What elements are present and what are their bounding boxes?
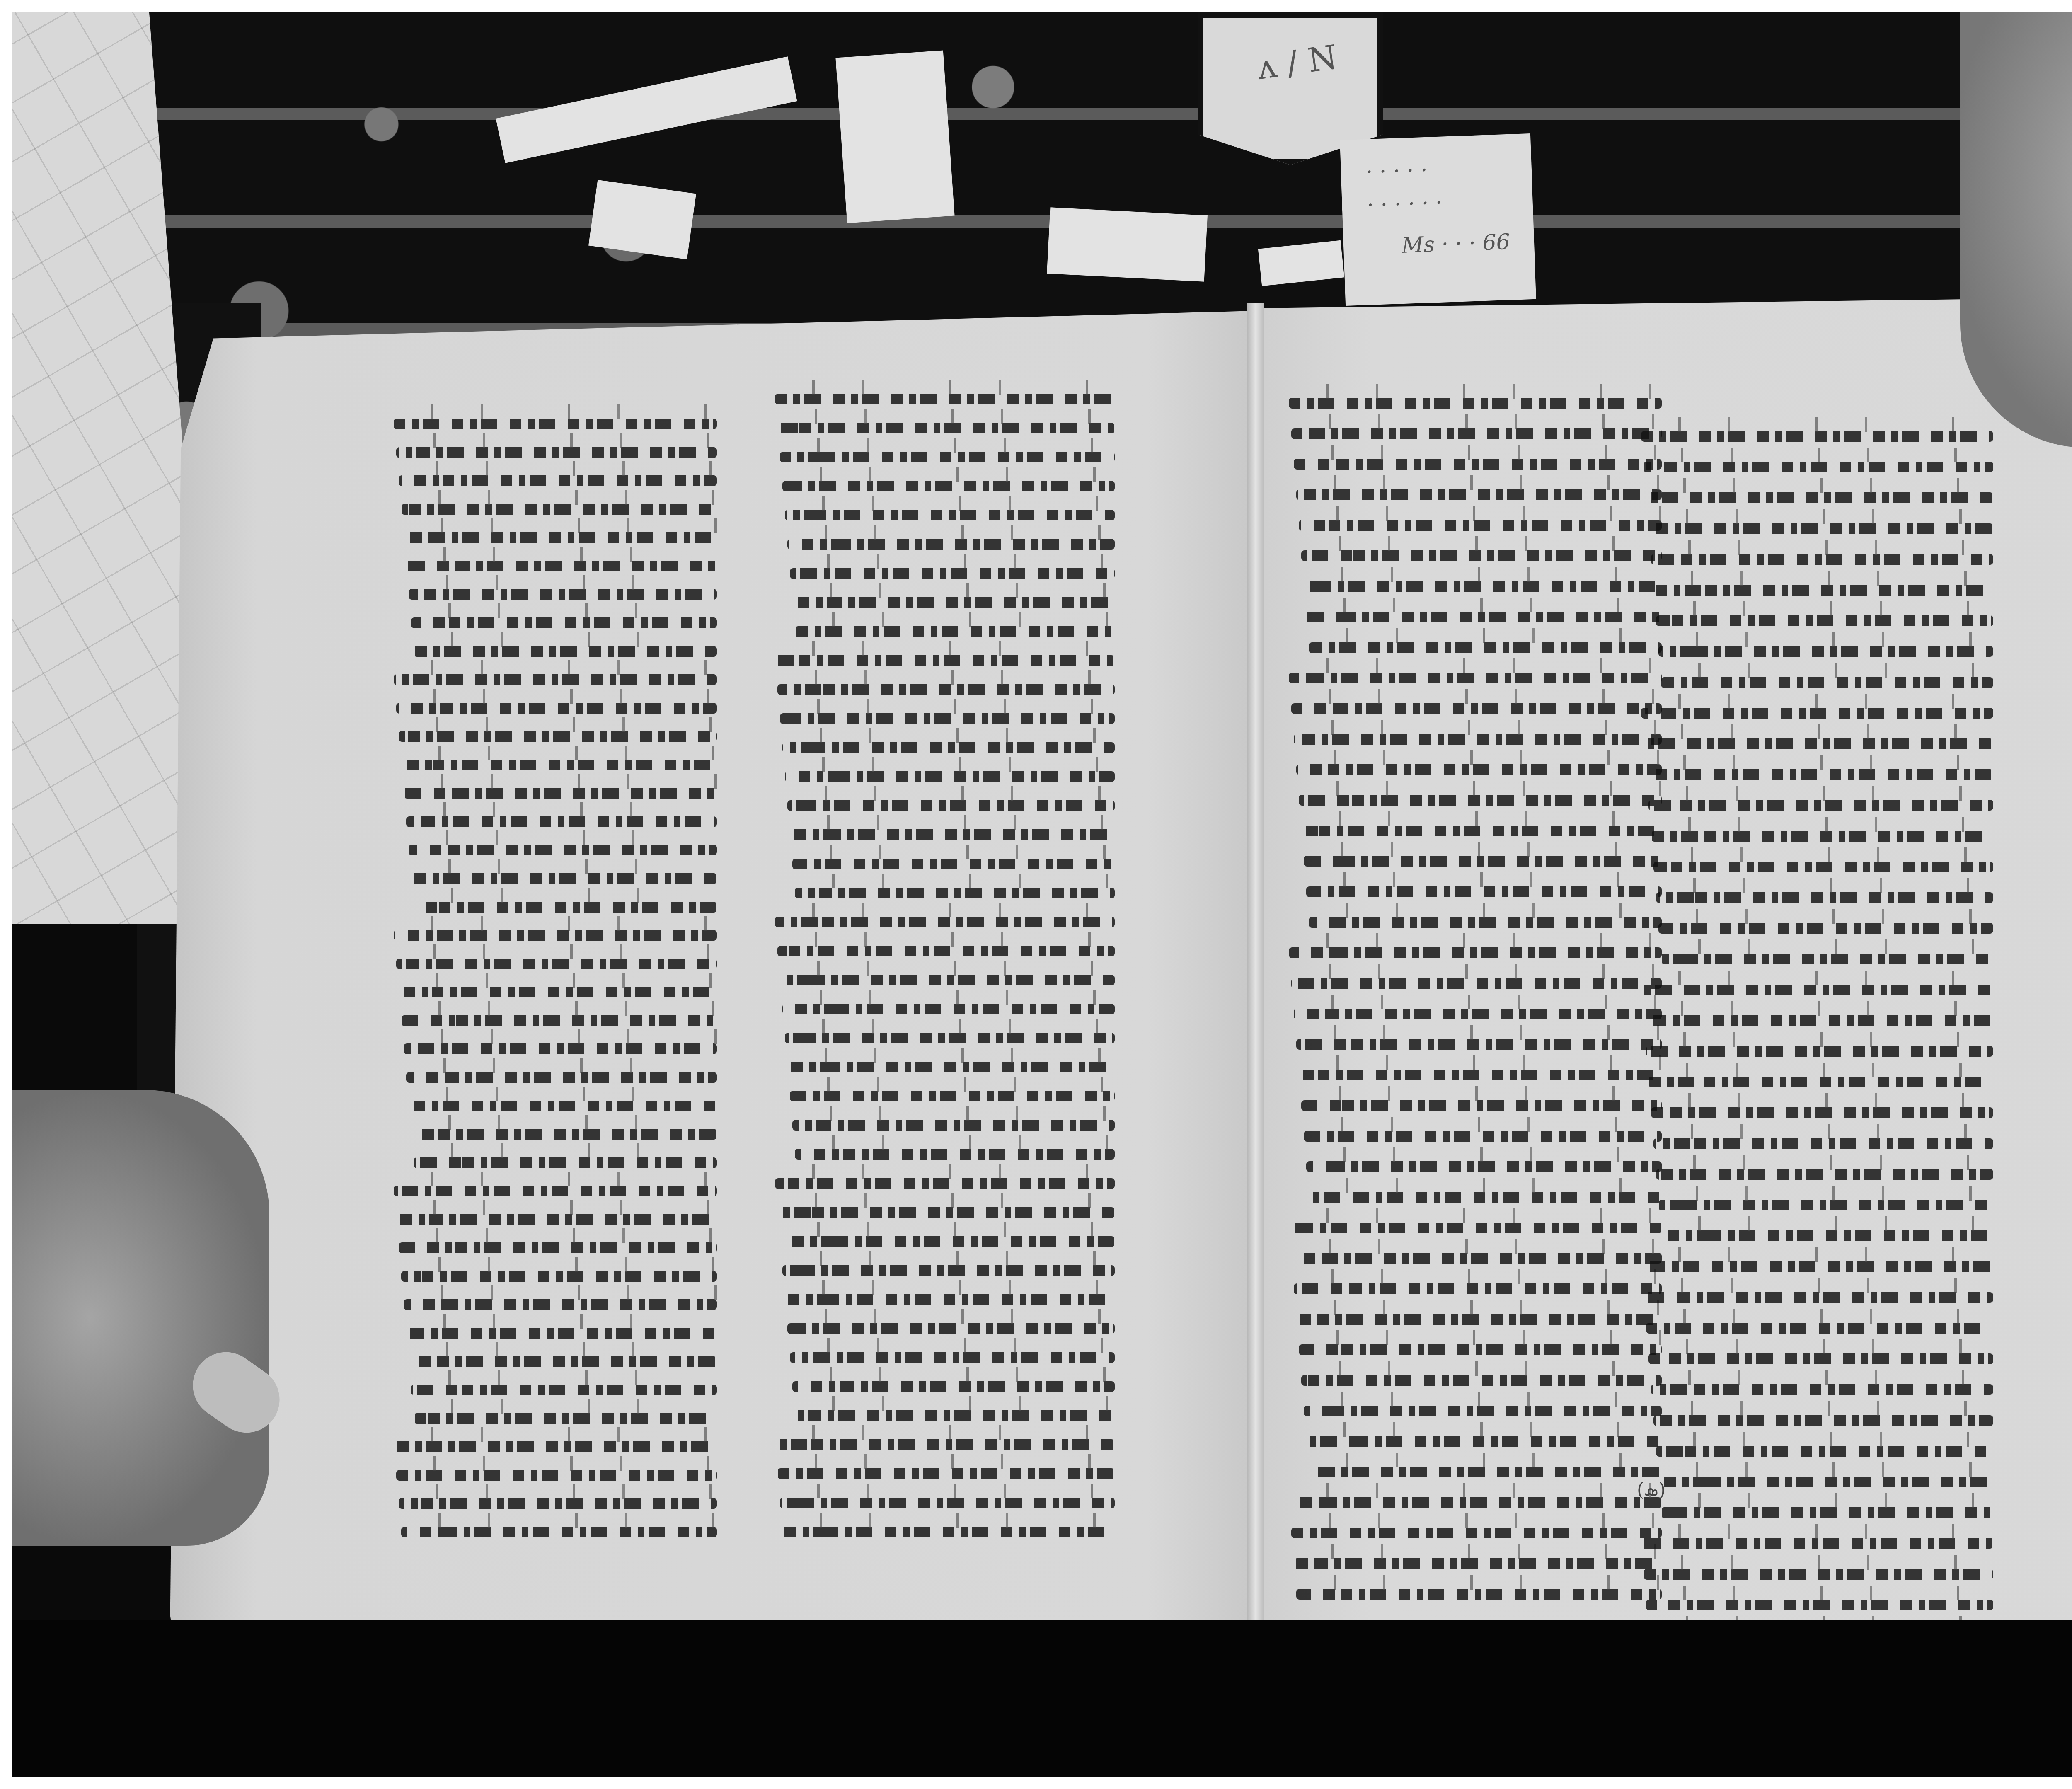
script-line (409, 1101, 717, 1111)
script-line (1641, 1261, 1993, 1272)
script-line (1309, 917, 1662, 928)
photograph: ᴧ / N · · · · · · · · · · · Ms · · · 66 … (12, 12, 2072, 1777)
script-line (399, 1242, 717, 1253)
script-line (404, 788, 717, 799)
left-hand (12, 1090, 269, 1546)
text-column-3 (1289, 398, 1662, 1600)
script-line (1299, 795, 1662, 806)
script-line (1299, 1070, 1662, 1080)
script-line (790, 568, 1115, 579)
script-line (1653, 1138, 1993, 1149)
script-line (404, 1299, 717, 1310)
spine-label-text: ᴧ / N (1255, 38, 1339, 87)
script-line (1291, 703, 1662, 714)
script-line (782, 742, 1115, 753)
script-line (1641, 985, 1993, 995)
script-line (394, 1441, 717, 1452)
script-line (401, 760, 717, 770)
script-line (795, 626, 1115, 637)
script-line (780, 1236, 1115, 1247)
script-line (775, 917, 1115, 927)
script-line (1301, 550, 1662, 561)
script-line (787, 539, 1115, 550)
script-line (411, 873, 717, 884)
script-line (790, 1352, 1115, 1363)
script-line (1296, 489, 1662, 500)
script-line (1658, 1200, 1993, 1210)
script-line (1306, 1436, 1662, 1447)
script-line (396, 1214, 717, 1225)
script-line (775, 1439, 1115, 1450)
script-line (1306, 612, 1662, 622)
script-line (1641, 431, 1993, 442)
script-line (404, 532, 717, 543)
script-line (1304, 1406, 1662, 1416)
script-line (411, 1385, 717, 1395)
script-line (1309, 1192, 1662, 1203)
script-line (1656, 615, 1993, 626)
script-line (780, 452, 1115, 462)
script-line (1304, 1131, 1662, 1142)
script-line (414, 1413, 717, 1424)
script-line (1653, 862, 1993, 872)
script-line (414, 646, 717, 657)
script-line (1294, 734, 1662, 745)
script-line (1644, 462, 1993, 472)
script-line (1306, 1161, 1662, 1172)
script-line (1294, 1283, 1662, 1294)
script-line (792, 859, 1115, 869)
manuscript-codex: (ܣ) ⁜ (170, 294, 2072, 1724)
paper-label: · · · · · · · · · · · Ms · · · 66 (1340, 133, 1536, 306)
script-line (1661, 1507, 1993, 1518)
script-line (399, 987, 717, 997)
script-line (1296, 1314, 1662, 1325)
script-line (396, 703, 717, 714)
script-line (782, 1004, 1115, 1014)
script-line (777, 1468, 1115, 1479)
script-line (406, 561, 717, 571)
script-line (777, 684, 1115, 695)
script-line (1299, 1344, 1662, 1355)
script-line (1646, 1046, 1993, 1057)
script-line (1661, 677, 1993, 688)
script-line (1656, 892, 1993, 903)
script-line (1661, 1230, 1993, 1241)
paper-slip (835, 50, 954, 223)
script-line (792, 597, 1115, 608)
script-line (775, 394, 1115, 404)
script-line (1651, 1107, 1993, 1118)
script-line (1291, 1253, 1662, 1264)
script-line (1289, 1497, 1662, 1508)
script-line (1291, 978, 1662, 989)
script-line (780, 1498, 1115, 1508)
script-line (1644, 738, 1993, 749)
script-line (1644, 1015, 1993, 1026)
script-line (790, 1091, 1115, 1101)
script-line (1299, 520, 1662, 531)
script-line (1658, 923, 1993, 934)
script-line (782, 1265, 1115, 1276)
script-line (1646, 769, 1993, 780)
paper-label-line: Ms · · · 66 (1401, 230, 1510, 258)
script-line (1644, 1569, 1993, 1580)
script-line (1294, 459, 1662, 470)
script-line (401, 1527, 717, 1537)
dark-foreground (12, 1620, 2072, 1777)
script-line (1306, 886, 1662, 897)
script-line (1291, 1528, 1662, 1538)
script-line (394, 674, 717, 685)
script-line (785, 1294, 1115, 1305)
script-line (396, 447, 717, 458)
script-line (782, 1527, 1115, 1537)
script-line (1304, 581, 1662, 592)
script-line (399, 475, 717, 486)
script-line (396, 959, 717, 969)
script-line (777, 423, 1115, 433)
script-line (1296, 1039, 1662, 1050)
script-line (1289, 947, 1662, 958)
script-line (1651, 831, 1993, 842)
script-line (780, 713, 1115, 724)
script-line (1289, 1223, 1662, 1233)
text-column-2 (775, 394, 1115, 1537)
script-line (1653, 585, 1993, 596)
script-line (1289, 673, 1662, 683)
script-line (795, 1149, 1115, 1160)
script-line (1296, 1589, 1662, 1600)
script-line (399, 731, 717, 742)
script-line (1648, 523, 1993, 534)
paper-label-line: · · · · · (1365, 158, 1428, 185)
script-line (1646, 492, 1993, 503)
script-line (787, 1062, 1115, 1072)
script-line (795, 1410, 1115, 1421)
script-line (785, 510, 1115, 520)
script-line (404, 1043, 717, 1054)
script-line (1661, 954, 1993, 964)
text-column-1 (394, 419, 717, 1537)
script-line (399, 1498, 717, 1509)
script-line (1658, 646, 1993, 657)
script-line (414, 902, 717, 913)
text-column-4 (1641, 431, 1993, 1641)
script-line (1656, 1446, 1993, 1457)
script-line (1289, 398, 1662, 409)
script-line (1304, 856, 1662, 867)
script-line (1646, 1600, 1993, 1610)
script-line (409, 1356, 717, 1367)
script-line (409, 589, 717, 600)
script-line (406, 1328, 717, 1339)
script-line (1651, 1384, 1993, 1395)
script-line (785, 771, 1115, 782)
script-line (401, 1271, 717, 1282)
script-line (782, 481, 1115, 491)
script-line (394, 930, 717, 941)
paper-slip (588, 180, 696, 259)
script-line (1648, 1353, 1993, 1364)
script-line (777, 1207, 1115, 1218)
paper-label-line: · · · · · · (1367, 191, 1443, 218)
script-line (1658, 1477, 1993, 1487)
bracket-note: (ܣ) (1637, 1479, 1665, 1501)
script-line (1641, 1538, 1993, 1549)
script-line (1301, 1375, 1662, 1386)
right-hand (1960, 12, 2072, 448)
script-line (1309, 642, 1662, 653)
script-line (795, 888, 1115, 898)
script-line (1646, 1323, 1993, 1334)
script-line (1641, 708, 1993, 719)
script-line (401, 504, 717, 515)
script-line (775, 1178, 1115, 1189)
script-line (1653, 1415, 1993, 1426)
script-line (1294, 1009, 1662, 1019)
script-line (775, 655, 1115, 666)
script-line (409, 845, 717, 855)
script-line (1294, 1558, 1662, 1569)
script-line (394, 419, 717, 429)
script-line (1301, 826, 1662, 836)
script-line (1651, 554, 1993, 565)
script-line (790, 829, 1115, 840)
paper-slip (1047, 207, 1208, 282)
script-line (1296, 764, 1662, 775)
script-line (1291, 428, 1662, 439)
script-line (777, 946, 1115, 956)
script-line (406, 816, 717, 827)
script-line (414, 1157, 717, 1168)
script-line (411, 617, 717, 628)
script-line (792, 1381, 1115, 1392)
script-line (787, 800, 1115, 811)
script-line (785, 1033, 1115, 1043)
script-line (396, 1470, 717, 1481)
script-line (411, 1129, 717, 1140)
script-line (394, 1186, 717, 1196)
script-line (1301, 1100, 1662, 1111)
gutter (1247, 303, 1264, 1712)
script-line (1648, 1077, 1993, 1087)
script-line (780, 975, 1115, 985)
script-line (792, 1120, 1115, 1131)
script-line (401, 1015, 717, 1026)
script-line (1644, 1292, 1993, 1303)
script-line (406, 1072, 717, 1083)
script-line (1648, 800, 1993, 811)
script-line (1309, 1467, 1662, 1477)
script-line (787, 1323, 1115, 1334)
script-line (1656, 1169, 1993, 1180)
